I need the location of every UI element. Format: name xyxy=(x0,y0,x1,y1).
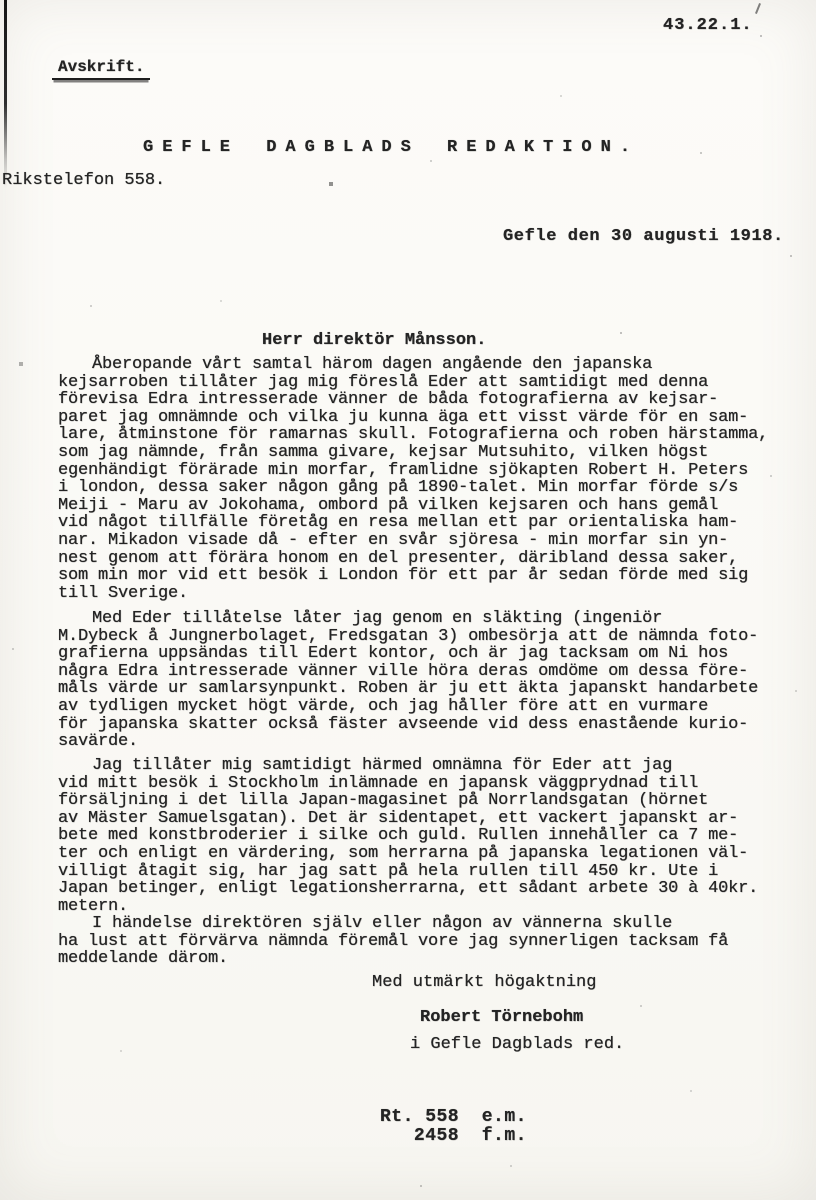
scanned-letter-page: 43.22.1. Avskrift. GEFLE DAGBLADS REDAKT… xyxy=(0,0,816,1200)
body-line: ter och enligt en värdering, som herrarn… xyxy=(58,845,806,863)
body-line: meddelande därom. xyxy=(58,950,806,968)
paragraph-1: Åberopande vårt samtal härom dagen angåe… xyxy=(58,356,806,602)
body-line: försäljning i det lilla Japan-magasinet … xyxy=(58,792,806,810)
body-line: som jag nämnde, från samma givare, kejsa… xyxy=(58,444,806,462)
body-line: ha lust att förvärva nämnda föremål vore… xyxy=(58,933,806,951)
footer-phone-line: Rt. 558 e.m. xyxy=(380,1108,527,1127)
body-line: I händelse direktören själv eller någon … xyxy=(58,915,806,933)
body-line: Japan betinger, enligt legationsherrarna… xyxy=(58,880,806,898)
body-line: metern. xyxy=(58,898,806,916)
body-line: savärde. xyxy=(58,733,806,751)
body-line: villigt åtagit sig, har jag satt på hela… xyxy=(58,863,806,881)
dateline: Gefle den 30 augusti 1918. xyxy=(503,227,784,246)
body-line: Med Eder tillåtelse låter jag genom en s… xyxy=(58,610,806,628)
closing-salutation: Med utmärkt högaktning xyxy=(372,973,596,992)
footer-phone-numbers: Rt. 558 e.m. 2458 f.m. xyxy=(380,1108,527,1146)
scan-edge-artifact xyxy=(4,0,7,188)
body-line: några Edra intresserade vänner ville hör… xyxy=(58,663,806,681)
body-line: Åberopande vårt samtal härom dagen angåe… xyxy=(58,356,806,374)
body-line: i london, dessa saker någon gång på 1890… xyxy=(58,479,806,497)
body-line: vid något tillfälle företåg en resa mell… xyxy=(58,514,806,532)
body-line: paret jag omnämnde och vilka ju kunna äg… xyxy=(58,409,806,427)
body-line: vid mitt besök i Stockholm inlämnade en … xyxy=(58,775,806,793)
paragraph-4: I händelse direktören själv eller någon … xyxy=(58,915,806,968)
body-line: lare, åtminstone för ramarnas skull. Fot… xyxy=(58,426,806,444)
signature-name: Robert Törnebohm xyxy=(420,1008,583,1027)
body-line: av tydligen mycket högt värde, och jag h… xyxy=(58,698,806,716)
body-line: Jag tillåter mig samtidigt härmed omnämn… xyxy=(58,757,806,775)
scan-noise-speckles xyxy=(0,0,2,2)
paragraph-2: Med Eder tillåtelse låter jag genom en s… xyxy=(58,610,806,751)
scan-tick-artifact xyxy=(755,3,761,14)
body-line: av Mäster Samuelsgatan). Det är sidentap… xyxy=(58,810,806,828)
body-line: måls värde ur samlarsynpunkt. Roben är j… xyxy=(58,680,806,698)
body-line: kejsarroben tillåter jag mig föreslå Ede… xyxy=(58,374,806,392)
paragraph-3: Jag tillåter mig samtidigt härmed omnämn… xyxy=(58,757,806,915)
body-line: som min mor vid ett besök i London för e… xyxy=(58,567,806,585)
body-line: M.Dybeck å Jungnerbolaget, Fredsgatan 3)… xyxy=(58,628,806,646)
copy-label: Avskrift. xyxy=(52,58,150,80)
body-line: nest genom att förära honom en del prese… xyxy=(58,550,806,568)
signature-organization: i Gefle Dagblads red. xyxy=(410,1035,624,1054)
body-line: nar. Mikadon visade då - efter en svår s… xyxy=(58,532,806,550)
body-line: till Sverige. xyxy=(58,585,806,603)
body-line: förevisa Edra intresserade vänner de båd… xyxy=(58,391,806,409)
salutation: Herr direktör Månsson. xyxy=(262,331,486,350)
body-line: bete med konstbroderier i silke och guld… xyxy=(58,827,806,845)
body-line: Meiji - Maru av Jokohama, ombord på vilk… xyxy=(58,497,806,515)
phone-line: Rikstelefon 558. xyxy=(2,171,165,190)
body-line: för japanska skatter också fäster avseen… xyxy=(58,716,806,734)
footer-phone-line: 2458 f.m. xyxy=(380,1127,527,1146)
archive-number: 43.22.1. xyxy=(663,16,753,35)
body-line: grafierna uppsändas till Edert kontor, o… xyxy=(58,645,806,663)
masthead-title: GEFLE DAGBLADS REDAKTION. xyxy=(143,138,639,157)
body-line: egenhändigt förärade min morfar, framlid… xyxy=(58,462,806,480)
